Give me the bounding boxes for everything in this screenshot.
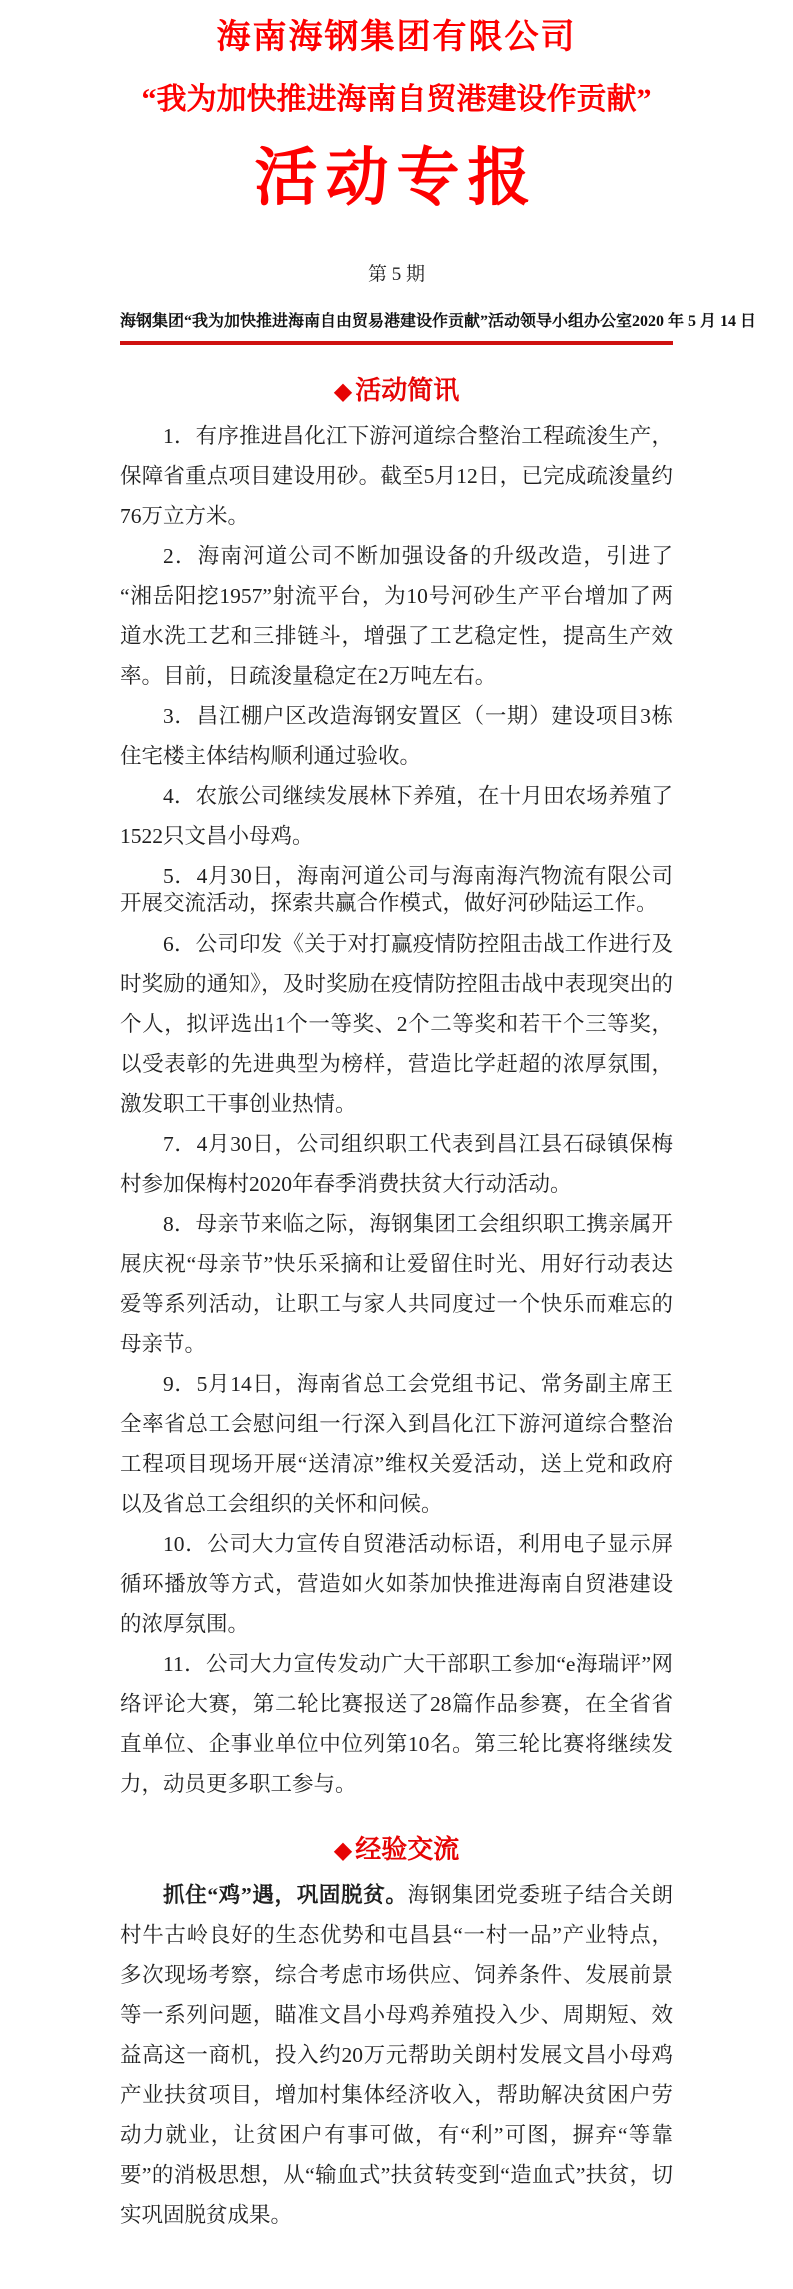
brief-item-2: 2．海南河道公司不断加强设备的升级改造，引进了“湘岳阳挖1957”射流平台，为1… [120, 536, 673, 696]
document-page: 海南海钢集团有限公司 “我为加快推进海南自贸港建设作贡献” 活动专报 第 5 期… [0, 0, 793, 2289]
masthead-line: 海钢集团“我为加快推进海南自由贸易港建设作贡献”活动领导小组办公室 2020 年… [120, 312, 673, 332]
diamond-icon: ◆ [334, 379, 352, 405]
issue-number: 第 5 期 [120, 264, 673, 286]
brief-item-7: 7．4月30日，公司组织职工代表到昌江县石碌镇保梅村参加保梅村2020年春季消费… [120, 1124, 673, 1204]
issuing-office: 海钢集团“我为加快推进海南自由贸易港建设作贡献”活动领导小组办公室 [120, 312, 632, 332]
document-body: ◆活动简讯 1．有序推进昌化江下游河道综合整治工程疏浚生产，保障省重点项目建设用… [120, 375, 673, 2235]
section-heading-experience-label: 经验交流 [355, 1835, 459, 1864]
brief-item-10: 10．公司大力宣传自贸港活动标语，利用电子显示屏循环播放等方式，营造如火如荼加快… [120, 1524, 673, 1644]
section-heading-briefs: ◆活动简讯 [120, 375, 673, 408]
experience-body: 海钢集团党委班子结合关朗村牛古岭良好的生态优势和屯昌县“一村一品”产业特点，多次… [120, 1883, 673, 2227]
bulletin-title: 活动专报 [120, 142, 673, 214]
section-heading-experience: ◆经验交流 [120, 1834, 673, 1867]
brief-item-6: 6．公司印发《关于对打赢疫情防控阻击战工作进行及时奖励的通知》，及时奖励在疫情防… [120, 924, 673, 1124]
experience-paragraph: 抓住“鸡”遇，巩固脱贫。海钢集团党委班子结合关朗村牛古岭良好的生态优势和屯昌县“… [120, 1875, 673, 2235]
masthead: 海南海钢集团有限公司 “我为加快推进海南自贸港建设作贡献” 活动专报 第 5 期… [120, 18, 673, 345]
brief-item-5: 5．4月30日，海南河道公司与海南海汽物流有限公司开展交流活动，探索共赢合作模式… [120, 863, 673, 917]
masthead-divider [120, 341, 673, 345]
diamond-icon: ◆ [334, 1838, 352, 1864]
brief-item-3: 3．昌江棚户区改造海钢安置区（一期）建设项目3栋住宅楼主体结构顺利通过验收。 [120, 696, 673, 776]
section-heading-briefs-label: 活动简讯 [355, 376, 459, 405]
brief-item-8: 8．母亲节来临之际，海钢集团工会组织职工携亲属开展庆祝“母亲节”快乐采摘和让爱留… [120, 1204, 673, 1364]
experience-lead: 抓住“鸡”遇，巩固脱贫。 [163, 1883, 408, 1907]
issue-date: 2020 年 5 月 14 日 [632, 312, 756, 332]
brief-item-9: 9．5月14日，海南省总工会党组书记、常务副主席王全率省总工会慰问组一行深入到昌… [120, 1364, 673, 1524]
brief-item-1: 1．有序推进昌化江下游河道综合整治工程疏浚生产，保障省重点项目建设用砂。截至5月… [120, 416, 673, 536]
org-title: 海南海钢集团有限公司 [120, 18, 673, 58]
brief-item-11: 11．公司大力宣传发动广大干部职工参加“e海瑞评”网络评论大赛，第二轮比赛报送了… [120, 1644, 673, 1804]
brief-item-4: 4．农旅公司继续发展林下养殖，在十月田农场养殖了1522只文昌小母鸡。 [120, 776, 673, 856]
campaign-slogan: “我为加快推进海南自贸港建设作贡献” [120, 82, 673, 118]
